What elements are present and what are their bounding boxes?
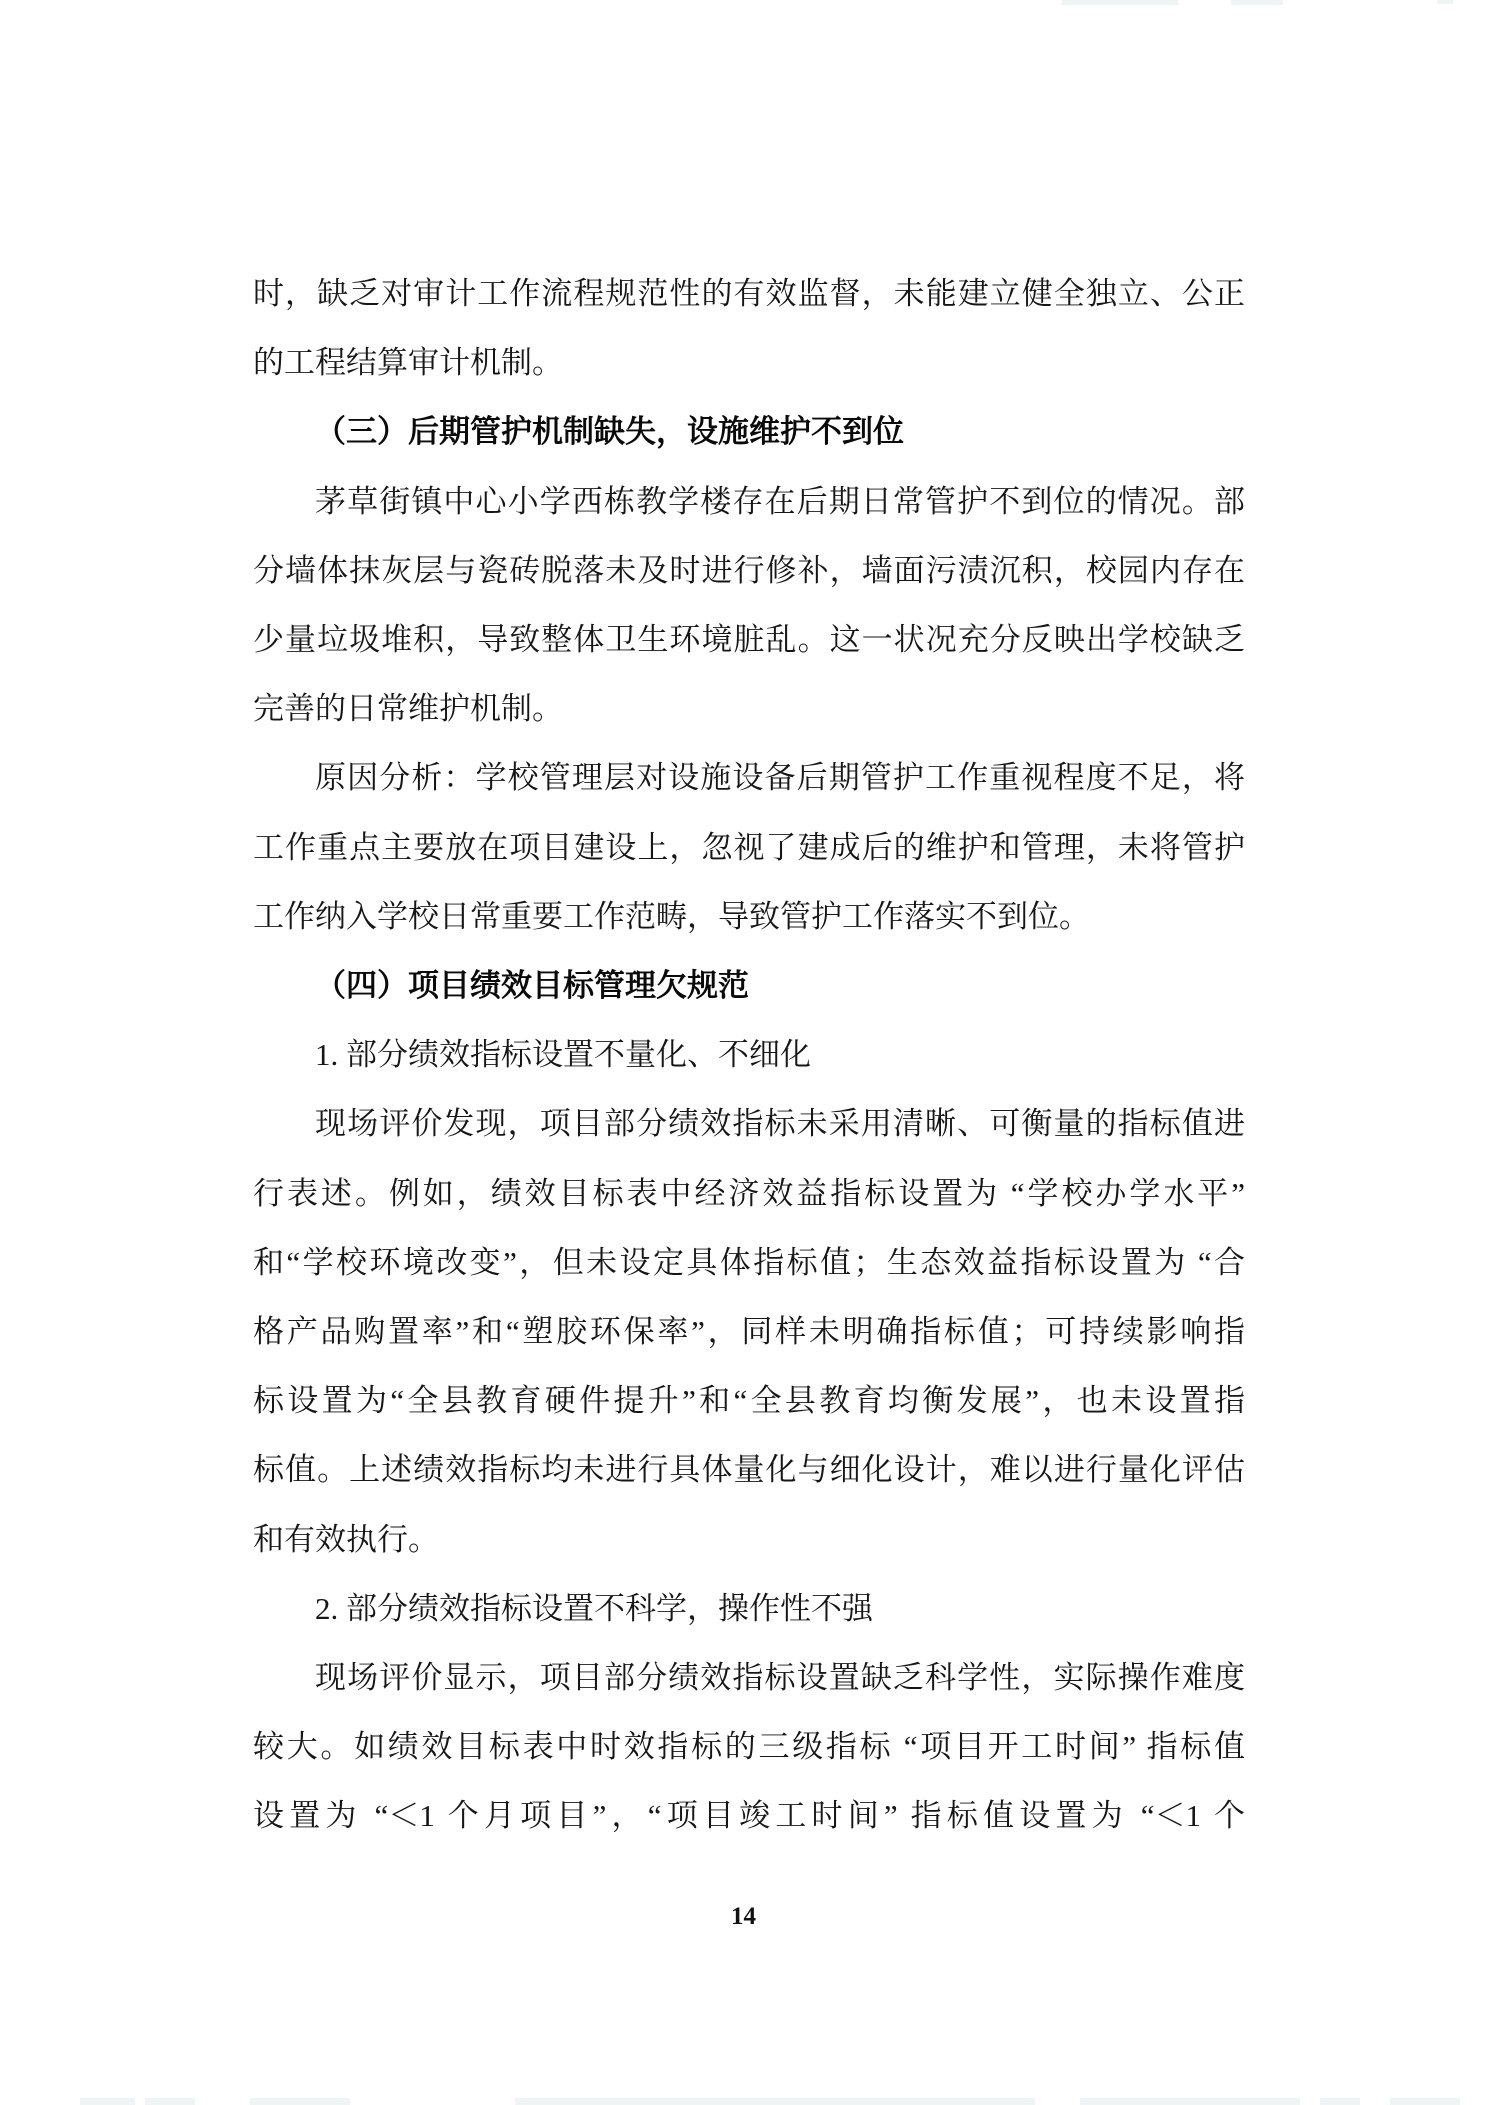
text-line: 完善的日常维护机制。: [253, 674, 1245, 743]
page-number: 14: [0, 1903, 1487, 1931]
text-line: 和有效执行。: [253, 1505, 1245, 1574]
text-line: 分墙体抹灰层与瓷砖脱落未及时进行修补，墙面污渍沉积，校园内存在: [253, 536, 1245, 605]
scan-artifact-bottom: [250, 2098, 350, 2105]
scan-artifact-bottom: [515, 2098, 1035, 2105]
section-heading-four: （四）项目绩效目标管理欠规范: [253, 951, 1245, 1020]
scan-artifact-bottom: [80, 2098, 135, 2105]
text-line: 标值。上述绩效指标均未进行具体量化与细化设计，难以进行量化评估: [253, 1435, 1245, 1504]
text-line: 少量垃圾堆积，导致整体卫生环境脏乱。这一状况充分反映出学校缺乏: [253, 605, 1245, 674]
scan-artifact-top: [1437, 0, 1453, 4]
subsection-heading-2: 2. 部分绩效指标设置不科学，操作性不强: [253, 1574, 1245, 1643]
scan-artifact-bottom: [1390, 2098, 1460, 2105]
scan-artifact-bottom: [1080, 2098, 1300, 2105]
scan-artifact-top: [1231, 0, 1283, 5]
text-line: 工作重点主要放在项目建设上，忽视了建成后的维护和管理，未将管护: [253, 813, 1245, 882]
text-line: 和“学校环境改变”，但未设定具体指标值；生态效益指标设置为 “合: [253, 1228, 1245, 1297]
scan-artifact-top: [1062, 0, 1178, 5]
text-line: 现场评价发现，项目部分绩效指标未采用清晰、可衡量的指标值进: [253, 1089, 1245, 1158]
text-line: 工作纳入学校日常重要工作范畴，导致管护工作落实不到位。: [253, 882, 1245, 951]
text-line: 茅草街镇中心小学西栋教学楼存在后期日常管护不到位的情况。部: [253, 467, 1245, 536]
scan-artifact-bottom: [1320, 2098, 1360, 2105]
text-line: 现场评价显示，项目部分绩效指标设置缺乏科学性，实际操作难度: [253, 1643, 1245, 1712]
section-heading-three: （三）后期管护机制缺失，设施维护不到位: [253, 397, 1245, 466]
text-line: 的工程结算审计机制。: [253, 328, 1245, 397]
text-line: 格产品购置率”和“塑胶环保率”，同样未明确指标值；可持续影响指: [253, 1297, 1245, 1366]
text-line: 原因分析：学校管理层对设施设备后期管护工作重视程度不足，将: [253, 743, 1245, 812]
text-line: 较大。如绩效目标表中时效指标的三级指标 “项目开工时间” 指标值: [253, 1712, 1245, 1781]
document-body: 时，缺乏对审计工作流程规范性的有效监督，未能建立健全独立、公正 的工程结算审计机…: [253, 259, 1245, 1851]
scan-artifact-bottom: [145, 2098, 195, 2105]
document-page: 时，缺乏对审计工作流程规范性的有效监督，未能建立健全独立、公正 的工程结算审计机…: [0, 0, 1487, 2105]
text-line: 行表述。例如，绩效目标表中经济效益指标设置为 “学校办学水平”: [253, 1159, 1245, 1228]
text-line: 设置为 “＜1 个月项目”，“项目竣工时间” 指标值设置为 “＜1 个: [253, 1781, 1245, 1850]
subsection-heading-1: 1. 部分绩效指标设置不量化、不细化: [253, 1020, 1245, 1089]
text-line: 标设置为“全县教育硬件提升”和“全县教育均衡发展”，也未设置指: [253, 1366, 1245, 1435]
text-line: 时，缺乏对审计工作流程规范性的有效监督，未能建立健全独立、公正: [253, 259, 1245, 328]
